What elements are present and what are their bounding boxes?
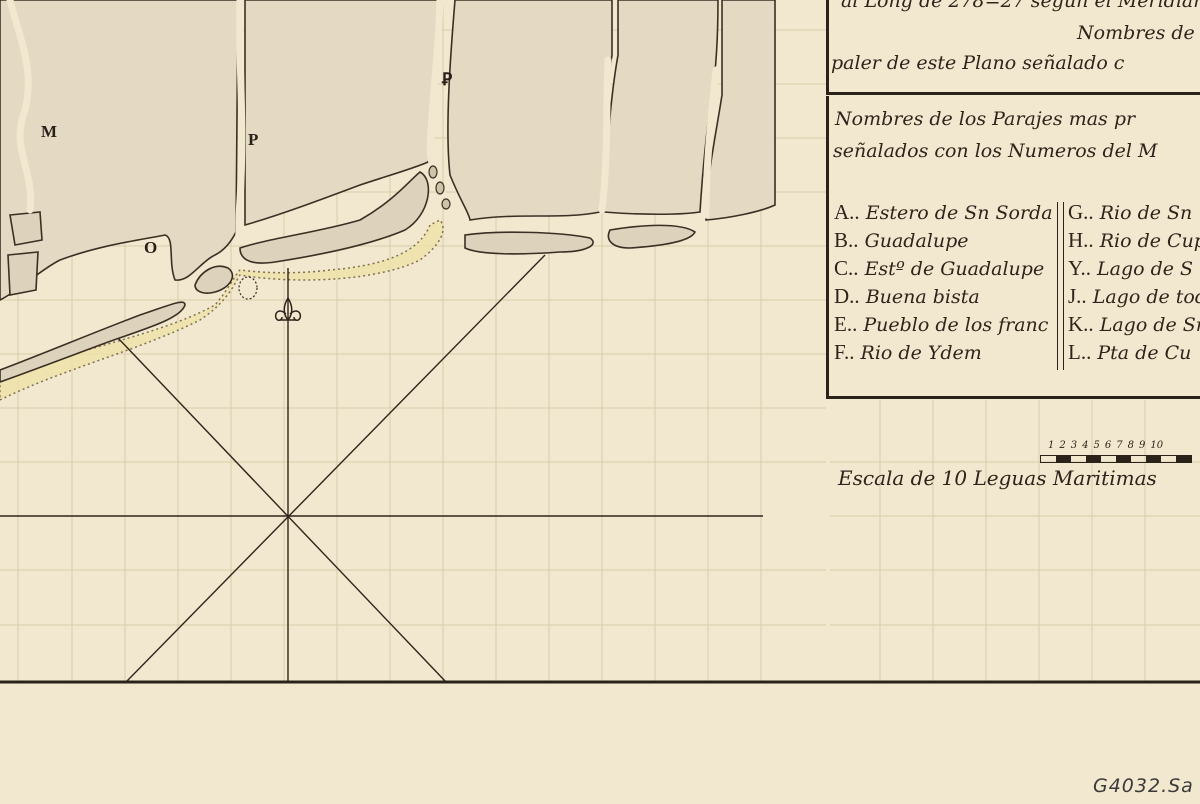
scale-tick: 9 [1139, 440, 1145, 451]
legend-key: G.. [1068, 200, 1094, 224]
legend-item: A.. Estero de Sn Sorda [834, 200, 1053, 225]
scale-tick: 4 [1082, 440, 1088, 451]
legend-item: K.. Lago de Sn [1068, 312, 1200, 337]
coastline [0, 0, 775, 382]
legend-key: K.. [1068, 312, 1094, 336]
scale-tick: 3 [1071, 440, 1077, 451]
legend-key: J.. [1068, 284, 1087, 308]
legend-item: J.. Lago de todᵒ [1068, 284, 1200, 309]
scale-tick: 8 [1128, 440, 1134, 451]
legend-label: Estero de Sn Sorda [866, 202, 1053, 224]
legend-item: G.. Rio de Sn [1068, 200, 1192, 225]
legend-item: Y.. Lago de S [1068, 256, 1193, 281]
title-line-1: al Long de 278=27 segun el Meridiano [841, 0, 1200, 12]
legend-label: Lago de todᵒ [1093, 286, 1200, 308]
compass-rhumb-lines [0, 255, 763, 682]
legend-key: E.. [834, 312, 857, 336]
scale-tick: 5 [1094, 440, 1100, 451]
scale-tick: 6 [1105, 440, 1111, 451]
legend-column-divider [1057, 202, 1064, 370]
legend-label: Guadalupe [865, 230, 969, 252]
legend-label: Estº de Guadalupe [865, 258, 1045, 280]
legend-label: Rio de Cup [1100, 230, 1200, 252]
legend-label: Buena bista [866, 286, 980, 308]
legend-key: H.. [1068, 228, 1094, 252]
map-label-o: O [144, 238, 157, 258]
title-line-2: Nombres de [1077, 22, 1195, 44]
title-cartouche: al Long de 278=27 segun el Meridiano Nom… [826, 0, 1200, 95]
legend-key: D.. [834, 284, 860, 308]
map-label-p: P [248, 130, 258, 150]
map-label-m: M [41, 122, 57, 142]
legend-heading-1: Nombres de los Parajes mas pr [835, 108, 1135, 130]
scale-tick-labels: 1 2 3 4 5 6 7 8 9 10 [1048, 440, 1163, 451]
scale-tick: 1 [1048, 440, 1054, 451]
legend-label: Lago de Sn [1100, 314, 1200, 336]
call-number: G4032.Sa [1093, 775, 1194, 797]
scale-bar [1040, 455, 1192, 463]
legend-item: E.. Pueblo de los franc [834, 312, 1048, 337]
legend-key: Y.. [1068, 256, 1091, 280]
legend-label: Rio de Sn [1100, 202, 1193, 224]
legend-item: B.. Guadalupe [834, 228, 969, 253]
legend-key: B.. [834, 228, 859, 252]
legend-key: A.. [834, 200, 860, 224]
legend-item: L.. Pta de Cu [1068, 340, 1191, 365]
legend-item: H.. Rio de Cup [1068, 228, 1200, 253]
legend-key: F.. [834, 340, 855, 364]
legend-item: F.. Rio de Ydem [834, 340, 982, 365]
scale-tick: 7 [1116, 440, 1122, 451]
legend-key: L.. [1068, 340, 1091, 364]
scale-tick: 10 [1150, 440, 1163, 451]
map-label-q: Ꝑ [442, 70, 452, 90]
legend-label: Pueblo de los franc [863, 314, 1048, 336]
legend-item: C.. Estº de Guadalupe [834, 256, 1044, 281]
legend-label: Pta de Cu [1097, 342, 1191, 364]
scale-label: Escala de 10 Leguas Maritimas [838, 466, 1157, 490]
legend-key: C.. [834, 256, 859, 280]
legend-label: Rio de Ydem [861, 342, 982, 364]
title-line-3: paler de este Plano señalado c [831, 52, 1124, 74]
legend-item: D.. Buena bista [834, 284, 980, 309]
legend-label: Lago de S [1097, 258, 1193, 280]
legend-heading-2: señalados con los Numeros del M [833, 140, 1157, 162]
scale-tick: 2 [1059, 440, 1065, 451]
